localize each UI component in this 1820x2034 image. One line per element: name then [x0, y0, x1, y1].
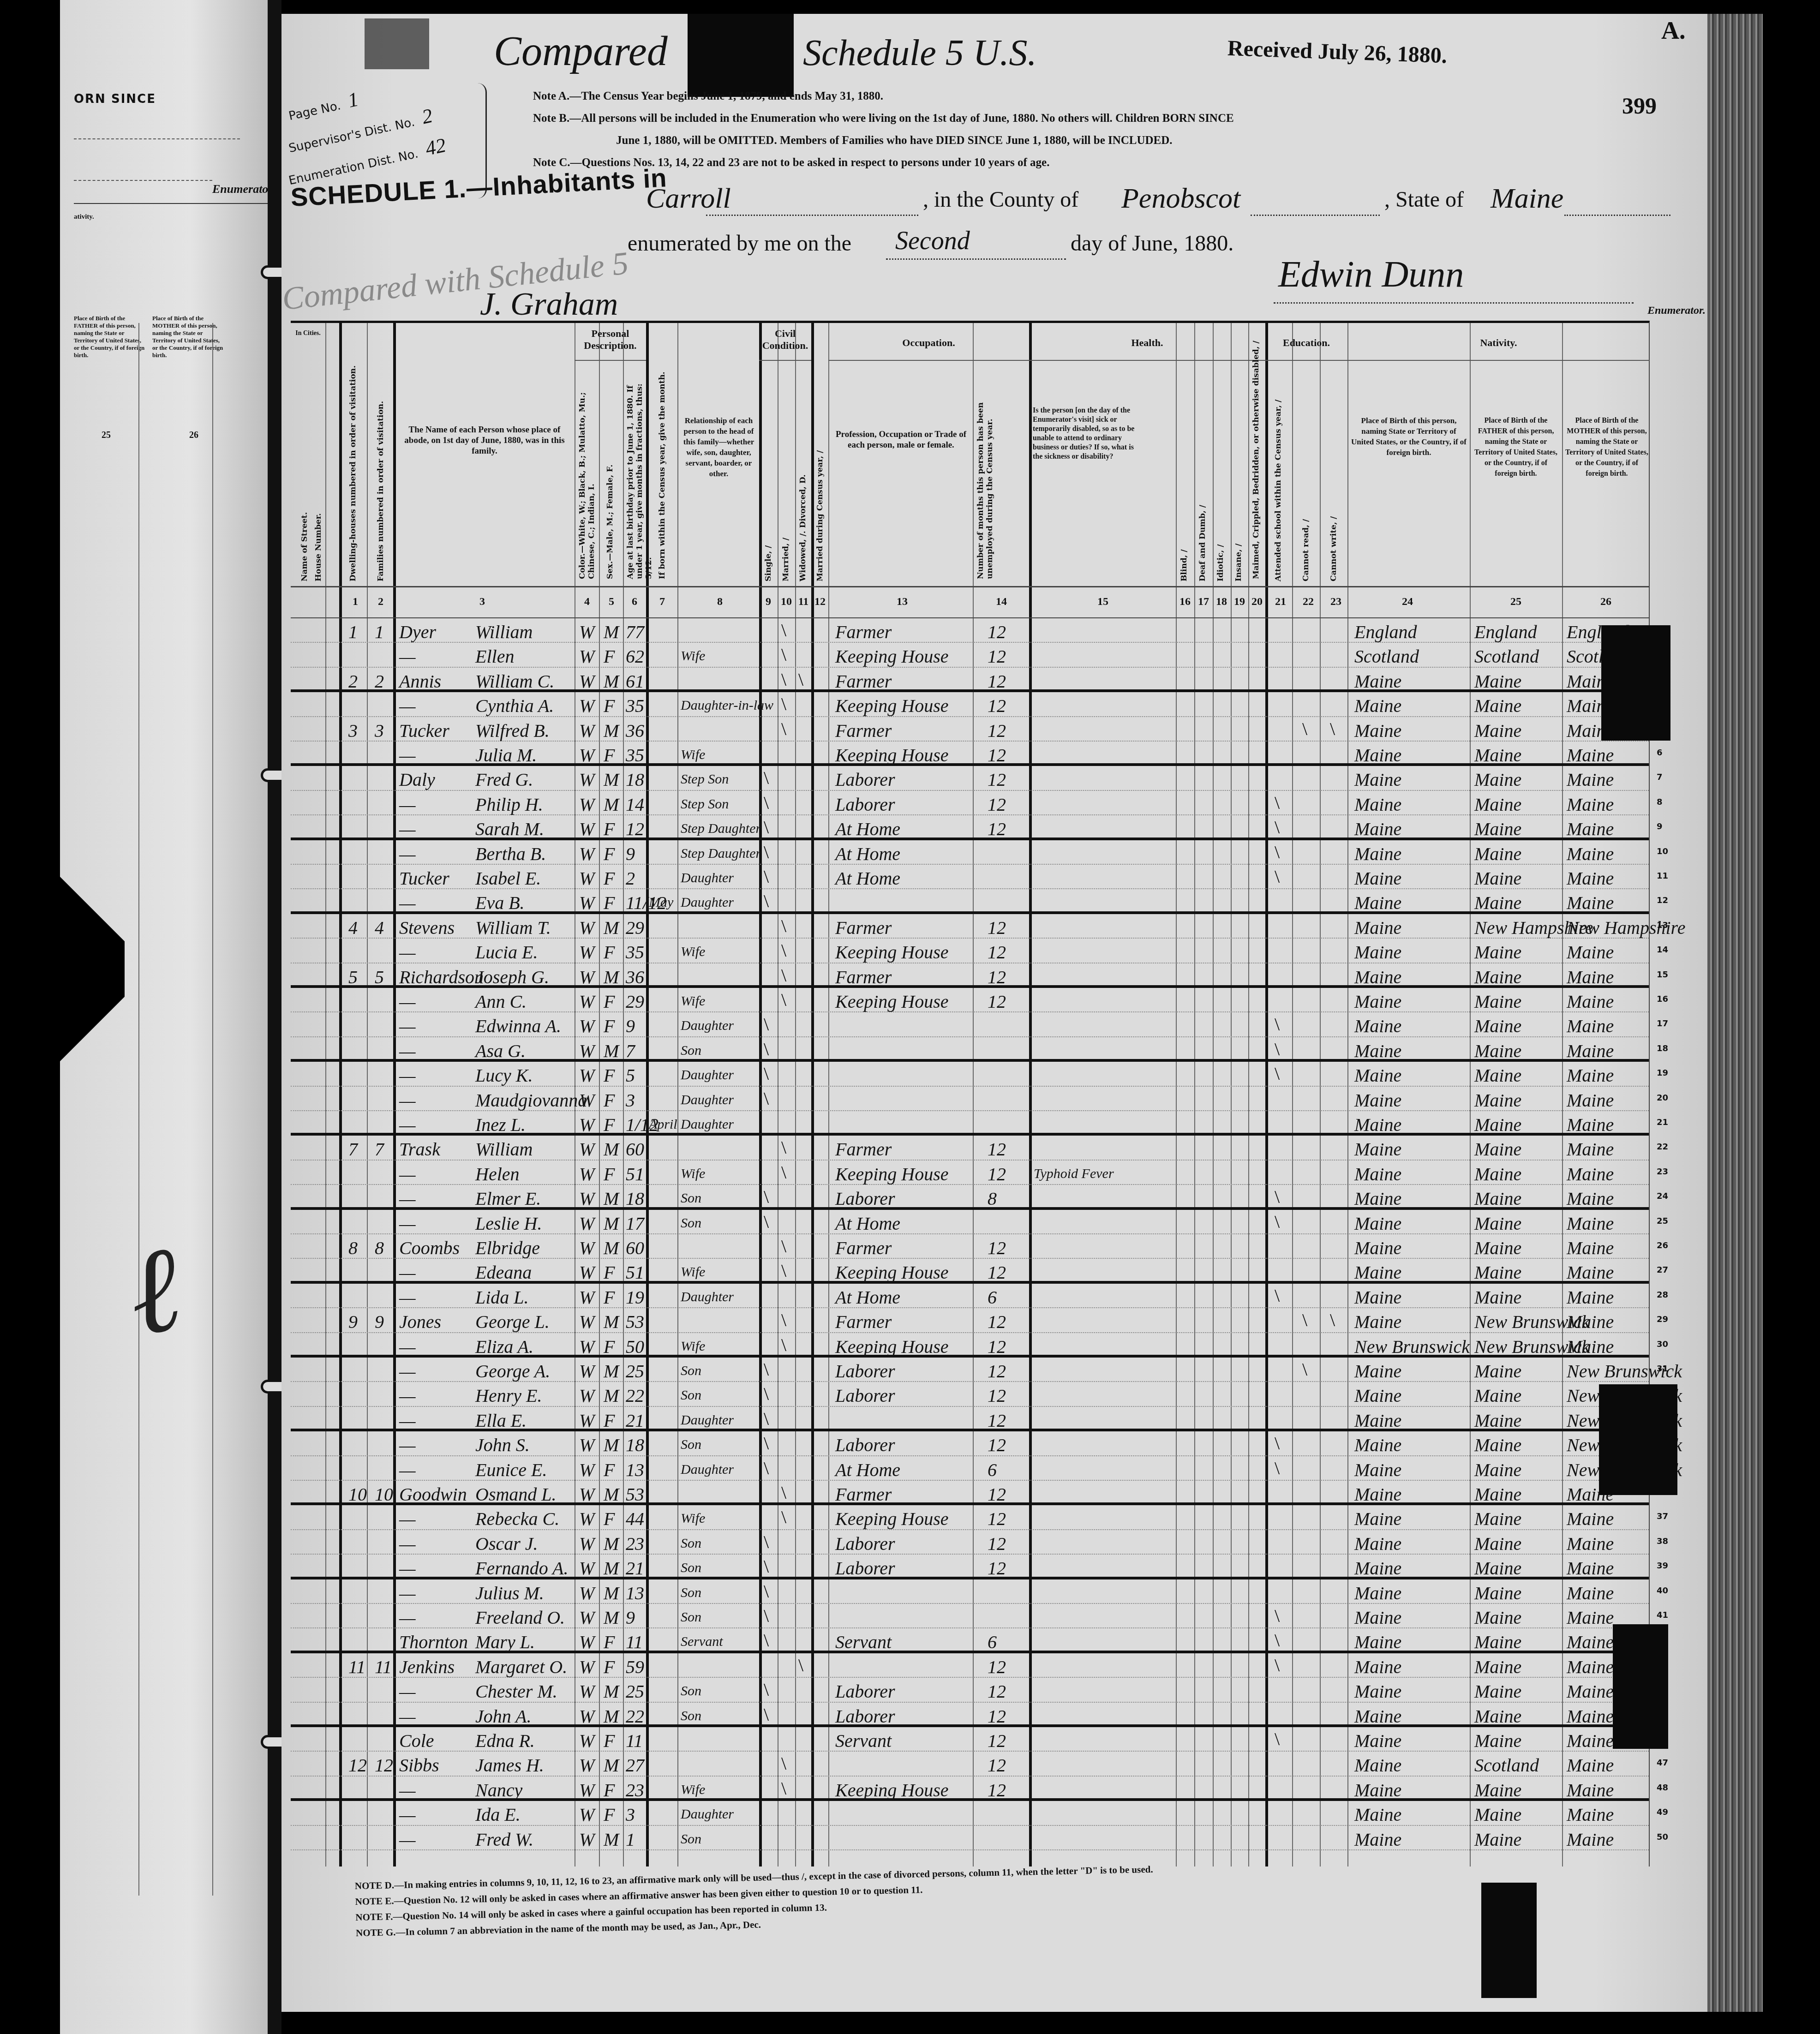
color: W [579, 1410, 594, 1431]
left-page-col25-number: 25 [102, 430, 111, 441]
single-mark: \ [764, 1358, 769, 1380]
table-row: — Chester M. W M 25 Son \ Laborer 12 Mai… [291, 1678, 1649, 1702]
column-number: 3 [475, 596, 489, 608]
sex: F [604, 892, 615, 914]
married-mark: \ [781, 1260, 786, 1281]
married-mark: \ [781, 669, 786, 690]
table-row: 3 3 Tucker Wilfred B. W M 36 \ Farmer 12… [291, 717, 1649, 742]
redaction-tab [1613, 1624, 1668, 1749]
attended-school-mark: \ [1275, 1063, 1280, 1084]
age: 35 [626, 695, 644, 717]
note-a: Note A.—The Census Year begins June 1, 1… [533, 85, 1687, 108]
header-mother-birthplace: Place of Birth of the MOTHER of this per… [1565, 415, 1648, 479]
line-number: 23 [1657, 1167, 1668, 1177]
months-unemployed: 12 [988, 695, 1006, 717]
age: 29 [626, 991, 644, 1012]
color: W [579, 1286, 594, 1308]
father-birthplace: Maine [1474, 1188, 1521, 1209]
age: 60 [626, 1237, 644, 1259]
line-number: 15 [1657, 970, 1668, 980]
age: 18 [626, 769, 644, 790]
table-row: — Edwinna A. W F 9 Daughter \ \ Maine Ma… [291, 1012, 1649, 1037]
surname: — [399, 1779, 416, 1801]
father-birthplace: Maine [1474, 695, 1521, 717]
single-mark: \ [764, 890, 769, 912]
sex: F [604, 744, 615, 766]
relationship: Son [681, 1363, 701, 1379]
relationship: Step Daughter [681, 821, 761, 837]
dwelling-number: 8 [348, 1237, 358, 1259]
relationship: Wife [681, 648, 705, 664]
relationship: Wife [681, 747, 705, 763]
redaction-block [688, 14, 794, 97]
occupation: Laborer [835, 1385, 895, 1406]
surname: — [399, 843, 416, 865]
mother-birthplace: Maine [1567, 892, 1614, 914]
left-page-column-line [212, 323, 213, 1896]
color: W [579, 941, 594, 963]
sex: F [604, 1508, 615, 1530]
surname: — [399, 892, 416, 914]
color: W [579, 1705, 594, 1727]
father-birthplace: Maine [1474, 1237, 1521, 1259]
table-row: — John S. W M 18 Son \ Laborer 12 \ Main… [291, 1431, 1649, 1456]
father-birthplace: Maine [1474, 892, 1521, 914]
occupation: Laborer [835, 1705, 895, 1727]
given-name: Isabel E. [475, 867, 541, 889]
color: W [579, 1533, 594, 1555]
relationship: Son [681, 1190, 701, 1206]
surname: — [399, 1681, 416, 1702]
mother-birthplace: Maine [1567, 1163, 1614, 1185]
relationship: Daughter [681, 1018, 734, 1034]
months-unemployed: 12 [988, 646, 1006, 667]
given-name: Joseph G. [475, 966, 549, 988]
line-number: 8 [1657, 797, 1663, 807]
father-birthplace: Maine [1474, 1681, 1521, 1702]
given-name: Inez L. [475, 1114, 526, 1136]
color: W [579, 1829, 594, 1850]
attended-school-mark: \ [1275, 866, 1280, 887]
left-page-column-line [138, 323, 139, 1896]
father-birthplace: Maine [1474, 991, 1521, 1012]
months-unemployed: 12 [988, 794, 1006, 815]
header-cannot-write: Cannot write, / [1329, 457, 1338, 581]
group-underline [828, 360, 1029, 361]
occupation: Farmer [835, 720, 892, 742]
dwelling-number: 11 [348, 1656, 365, 1678]
occupation: Servant [835, 1631, 892, 1653]
color: W [579, 1656, 594, 1678]
father-birthplace: Maine [1474, 1213, 1521, 1234]
married-mark: \ [781, 964, 786, 986]
line-number: 18 [1657, 1044, 1668, 1053]
relationship: Son [681, 1215, 701, 1231]
redaction-tab [1481, 1883, 1537, 1998]
age: 21 [626, 1410, 644, 1431]
father-birthplace: Maine [1474, 941, 1521, 963]
surname: Tucker [399, 720, 449, 742]
given-name: Ann C. [475, 991, 527, 1012]
father-birthplace: Maine [1474, 1804, 1521, 1825]
header-maimed: Maimed, Crippled, Bedridden, or otherwis… [1251, 367, 1261, 579]
sex: M [604, 1311, 619, 1333]
left-page-partial-note: ORN SINCE [74, 92, 156, 106]
given-name: James H. [475, 1754, 544, 1776]
surname: — [399, 1533, 416, 1555]
color: W [579, 1459, 594, 1481]
sex: F [604, 843, 615, 865]
left-page-dotted-line [74, 180, 212, 181]
group-header-civil: Civil Condition. [759, 328, 811, 352]
mother-birthplace: Maine [1567, 1286, 1614, 1308]
sex: M [604, 966, 619, 988]
group-underline [759, 360, 811, 361]
header-idiotic: Idiotic, / [1216, 475, 1225, 581]
relationship: Daughter [681, 1092, 734, 1108]
birthplace: Maine [1354, 1754, 1401, 1776]
attended-school-mark: \ [1275, 841, 1280, 863]
column-number: 24 [1398, 596, 1417, 608]
table-row: — Ann C. W F 29 Wife \ Keeping House 12 … [291, 988, 1649, 1012]
sex: M [604, 1484, 619, 1505]
table-row: — Philip H. W M 14 Step Son \ Laborer 12… [291, 791, 1649, 815]
married-mark: \ [781, 1753, 786, 1774]
sex: M [604, 1754, 619, 1776]
color: W [579, 744, 594, 766]
months-unemployed: 12 [988, 991, 1006, 1012]
surname: — [399, 1336, 416, 1358]
header-married: Married, / [781, 475, 790, 581]
single-mark: \ [764, 1679, 769, 1700]
cannot-write-mark: \ [1330, 1309, 1335, 1331]
months-unemployed: 12 [988, 818, 1006, 840]
mother-birthplace: Maine [1567, 1730, 1614, 1752]
table-row: — Eva B. W F 11/12 May Daughter \ Maine … [291, 889, 1649, 914]
header-married-census-year: Married during Census year, / [815, 415, 825, 581]
line-number: 16 [1657, 994, 1668, 1004]
age: 36 [626, 720, 644, 742]
dwelling-number: 7 [348, 1138, 358, 1160]
birthplace: Maine [1354, 1656, 1401, 1678]
father-birthplace: Maine [1474, 1434, 1521, 1456]
header-deaf-dumb: Deaf and Dumb, / [1198, 457, 1207, 581]
birthplace: Scotland [1354, 646, 1419, 667]
column-number: 23 [1327, 596, 1345, 608]
color: W [579, 670, 594, 692]
surname: — [399, 1286, 416, 1308]
given-name: Lucia E. [475, 941, 538, 963]
age: 35 [626, 941, 644, 963]
relationship: Wife [681, 1782, 705, 1798]
line-number: 26 [1657, 1241, 1668, 1250]
enumerator-label: Enumerator. [1647, 305, 1706, 317]
attended-school-mark: \ [1275, 1457, 1280, 1479]
father-birthplace: Maine [1474, 1508, 1521, 1530]
color: W [579, 1557, 594, 1579]
line-number: 41 [1657, 1610, 1668, 1620]
sex: F [604, 646, 615, 667]
surname: Goodwin [399, 1484, 467, 1505]
column-number: 7 [655, 596, 669, 608]
given-name: Bertha B. [475, 843, 546, 865]
sex: F [604, 1163, 615, 1185]
married-mark: \ [781, 1482, 786, 1503]
state-dotted-line [1564, 215, 1670, 216]
sex: M [604, 1188, 619, 1209]
table-row: — Freeland O. W M 9 Son \ \ Maine Maine … [291, 1604, 1649, 1628]
header-single: Single, / [764, 475, 773, 581]
father-birthplace: Maine [1474, 1360, 1521, 1382]
column-number: 10 [779, 596, 794, 608]
given-name: Julius M. [475, 1582, 544, 1604]
age: 53 [626, 1484, 644, 1505]
color: W [579, 1779, 594, 1801]
sex: F [604, 1631, 615, 1653]
page-number-field: Page No. 1 [286, 87, 360, 125]
checker-signature: J. Graham [480, 286, 618, 323]
married-mark: \ [781, 644, 786, 665]
column-number: 20 [1249, 596, 1265, 608]
sex: F [604, 1410, 615, 1431]
table-row: 7 7 Trask William W M 60 \ Farmer 12 Mai… [291, 1136, 1649, 1160]
given-name: Ella E. [475, 1410, 527, 1431]
married-mark: \ [781, 1309, 786, 1331]
relationship: Daughter [681, 895, 734, 910]
line-number: 17 [1657, 1019, 1668, 1029]
enumeration-day-value: Second [895, 226, 970, 256]
single-mark: \ [764, 1408, 769, 1430]
group-header-health: Health. [1029, 337, 1265, 349]
table-row: — Leslie H. W M 17 Son \ At Home \ Maine… [291, 1210, 1649, 1234]
redaction-block [365, 18, 429, 69]
line-number: 38 [1657, 1537, 1668, 1546]
relationship: Daughter [681, 1289, 734, 1305]
color: W [579, 1434, 594, 1456]
occupation: Keeping House [835, 941, 949, 963]
given-name: Chester M. [475, 1681, 557, 1702]
table-row: — Ellen W F 62 Wife \ Keeping House 12 S… [291, 643, 1649, 667]
age: 61 [626, 670, 644, 692]
column-number: 25 [1507, 596, 1525, 608]
birthplace: Maine [1354, 818, 1401, 840]
given-name: Rebecka C. [475, 1508, 559, 1530]
relationship: Step Son [681, 772, 729, 787]
enumeration-district-value: 42 [423, 134, 448, 160]
dwelling-number: 3 [348, 720, 358, 742]
attended-school-mark: \ [1275, 1432, 1280, 1454]
note-b-line2: June 1, 1880, will be OMITTED. Members o… [533, 130, 1687, 152]
color: W [579, 966, 594, 988]
occupation: Farmer [835, 670, 892, 692]
given-name: William [475, 1138, 533, 1160]
surname: — [399, 1015, 416, 1037]
father-birthplace: Maine [1474, 843, 1521, 865]
married-mark: \ [781, 1137, 786, 1158]
county-label: , in the County of [923, 187, 1078, 212]
mother-birthplace: Maine [1567, 1656, 1614, 1678]
surname: — [399, 1040, 416, 1062]
mother-birthplace: Maine [1567, 1804, 1614, 1825]
widowed-mark: \ [798, 669, 803, 690]
occupation: Laborer [835, 1434, 895, 1456]
given-name: Ellen [475, 646, 514, 667]
age: 13 [626, 1459, 644, 1481]
group-underline [1347, 360, 1650, 361]
sex: F [604, 1779, 615, 1801]
occupation: Laborer [835, 1557, 895, 1579]
married-mark: \ [781, 693, 786, 715]
relationship: Son [681, 1536, 701, 1551]
surname: — [399, 1434, 416, 1456]
family-number: 11 [375, 1656, 392, 1678]
column-number: 26 [1597, 596, 1615, 608]
dwelling-number: 10 [348, 1484, 367, 1505]
line-number: 50 [1657, 1832, 1668, 1842]
line-number: 31 [1657, 1364, 1668, 1374]
attended-school-mark: \ [1275, 1605, 1280, 1627]
occupation: Laborer [835, 1188, 895, 1209]
header-age: Age at last birthday prior to June 1, 18… [626, 367, 645, 579]
color: W [579, 1188, 594, 1209]
family-number: 4 [375, 917, 384, 939]
mother-birthplace: Maine [1567, 744, 1614, 766]
column-number: 1 [348, 596, 362, 608]
sickness: Typhoid Fever [1034, 1166, 1114, 1182]
father-birthplace: Maine [1474, 1607, 1521, 1628]
single-mark: \ [764, 1531, 769, 1553]
relationship: Step Son [681, 796, 729, 812]
relationship: Wife [681, 944, 705, 960]
surname: — [399, 1508, 416, 1530]
attended-school-mark: \ [1275, 1038, 1280, 1060]
relationship: Son [681, 1043, 701, 1059]
given-name: Nancy [475, 1779, 522, 1801]
table-row: — Julius M. W M 13 Son \ Maine Maine Mai… [291, 1579, 1649, 1604]
table-row: — Edeana W F 51 Wife \ Keeping House 12 … [291, 1259, 1649, 1283]
single-mark: \ [764, 1013, 769, 1035]
surname: — [399, 794, 416, 815]
surname: — [399, 1705, 416, 1727]
instruction-notes: Note A.—The Census Year begins June 1, 1… [533, 85, 1687, 174]
line-number: 40 [1657, 1586, 1668, 1596]
sex: M [604, 1582, 619, 1604]
occupation: Keeping House [835, 695, 949, 717]
given-name: Asa G. [475, 1040, 526, 1062]
age: 60 [626, 1138, 644, 1160]
column-number-row: 1 2 3 4 5 6 7 8 9 10 11 12 13 14 15 16 1… [291, 586, 1649, 618]
months-unemployed: 12 [988, 1262, 1006, 1283]
given-name: Freeland O. [475, 1607, 565, 1628]
mother-birthplace: Maine [1567, 1262, 1614, 1283]
birthplace: Maine [1354, 1705, 1401, 1727]
relationship: Wife [681, 1339, 705, 1354]
color: W [579, 1681, 594, 1702]
months-unemployed: 12 [988, 1557, 1006, 1579]
surname: Trask [399, 1138, 440, 1160]
sex: F [604, 1065, 615, 1086]
father-birthplace: Maine [1474, 1385, 1521, 1406]
birthplace: Maine [1354, 1286, 1401, 1308]
color: W [579, 1213, 594, 1234]
column-number: 18 [1214, 596, 1229, 608]
birthplace: Maine [1354, 991, 1401, 1012]
father-birthplace: Maine [1474, 720, 1521, 742]
relationship: Son [681, 1388, 701, 1403]
occupation: Farmer [835, 1138, 892, 1160]
family-number: 2 [375, 670, 384, 692]
father-birthplace: Maine [1474, 1163, 1521, 1185]
book-page-edges [1707, 14, 1763, 2012]
group-header-personal: Personal Description. [575, 328, 646, 352]
surname: — [399, 1410, 416, 1431]
occupation: Keeping House [835, 1779, 949, 1801]
dwelling-number: 1 [348, 621, 358, 643]
table-row: — Fred W. W M 1 Son Maine Maine Maine 50 [291, 1826, 1649, 1850]
father-birthplace: Maine [1474, 1484, 1521, 1505]
surname: Richardson [399, 966, 484, 988]
months-unemployed: 12 [988, 1410, 1006, 1431]
footer-notes: NOTE D.—In making entries in columns 9, … [355, 1855, 1463, 1941]
surname: — [399, 1804, 416, 1825]
line-number: 30 [1657, 1340, 1668, 1349]
redaction-tab [1601, 625, 1670, 741]
table-row: — Inez L. W F 1/12 April Daughter Maine … [291, 1111, 1649, 1136]
dwelling-number: 4 [348, 917, 358, 939]
table-row: — Cynthia A. W F 35 Daughter-in-law \ Ke… [291, 692, 1649, 717]
mother-birthplace: Maine [1567, 1705, 1614, 1727]
table-row: 11 11 Jenkins Margaret O. W F 59 \ 12 \ … [291, 1653, 1649, 1678]
color: W [579, 769, 594, 790]
age: 3 [626, 1804, 635, 1825]
color: W [579, 1631, 594, 1653]
occupation: Farmer [835, 621, 892, 643]
birthplace: Maine [1354, 720, 1401, 742]
given-name: Henry E. [475, 1385, 542, 1406]
sex: M [604, 769, 619, 790]
mother-birthplace: Maine [1567, 1631, 1614, 1653]
relationship: Wife [681, 1511, 705, 1526]
surname: — [399, 1385, 416, 1406]
months-unemployed: 12 [988, 720, 1006, 742]
color: W [579, 1040, 594, 1062]
age: 1 [626, 1829, 635, 1850]
surname: Jones [399, 1311, 441, 1333]
age: 19 [626, 1286, 644, 1308]
surname: Cole [399, 1730, 434, 1752]
occupation: Farmer [835, 1484, 892, 1505]
header-cannot-read: Cannot read, / [1301, 457, 1311, 581]
line-number: 14 [1657, 945, 1668, 955]
occupation: Farmer [835, 1237, 892, 1259]
age: 62 [626, 646, 644, 667]
surname: — [399, 1188, 416, 1209]
age: 36 [626, 966, 644, 988]
surname: Annis [399, 670, 441, 692]
given-name: Eliza A. [475, 1336, 533, 1358]
surname: Thornton [399, 1631, 468, 1653]
age: 29 [626, 917, 644, 939]
birthplace: Maine [1354, 794, 1401, 815]
birthplace: Maine [1354, 1434, 1401, 1456]
table-row: — Fernando A. W M 21 Son \ Laborer 12 Ma… [291, 1555, 1649, 1579]
surname: — [399, 1213, 416, 1234]
single-mark: \ [764, 1580, 769, 1602]
months-unemployed: 12 [988, 1779, 1006, 1801]
color: W [579, 1754, 594, 1776]
given-name: Mary L. [475, 1631, 535, 1653]
column-number: 16 [1177, 596, 1193, 608]
